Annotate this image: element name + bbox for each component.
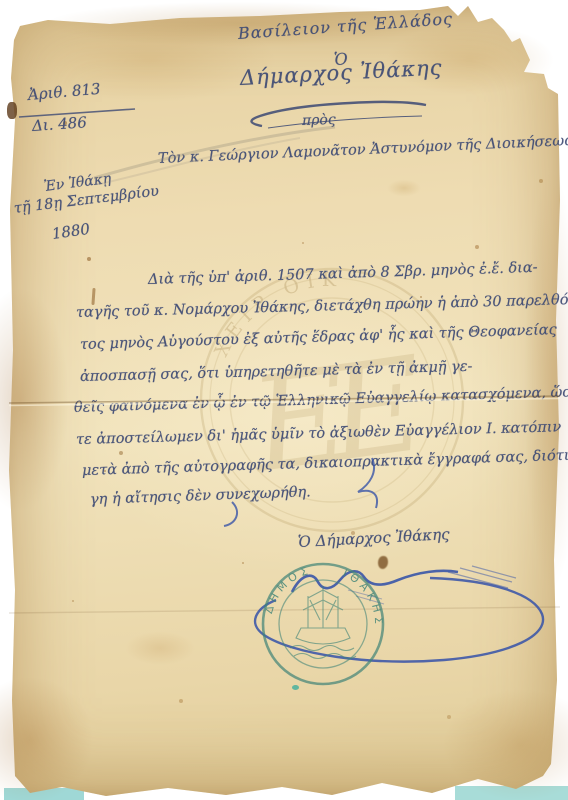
- seal-text-left: ΔΗΜΟΣ: [262, 563, 313, 615]
- scanned-document: { "doc": { "header": { "kingdom": "Βασίλ…: [0, 0, 568, 800]
- title-flourish: [251, 102, 426, 128]
- body-paraph-flourish: [224, 458, 377, 526]
- seal-ink-dot: [292, 685, 299, 690]
- ink-overlay: ΔΗΜΟΣ ΙΘΑΚΗΣ: [0, 0, 568, 800]
- municipal-seal-stamp: ΔΗΜΟΣ ΙΘΑΚΗΣ: [262, 563, 385, 684]
- ref-number-underline: [19, 109, 135, 117]
- pencil-smudge: [94, 127, 335, 184]
- seal-ship-icon: [290, 586, 356, 659]
